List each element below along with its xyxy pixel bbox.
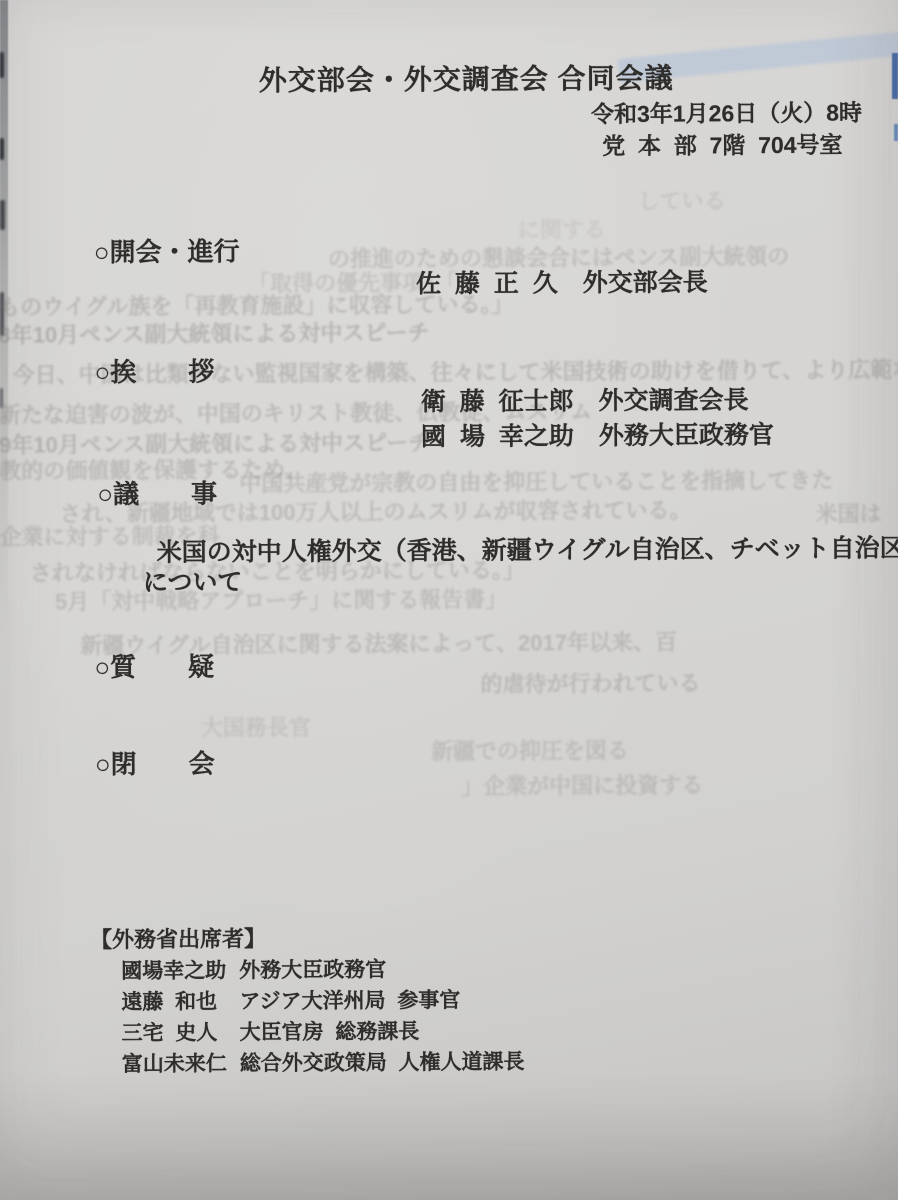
bleedthrough-text: 新疆での抑圧を図る <box>431 734 629 766</box>
bleedthrough-text: している <box>637 184 725 216</box>
bleedthrough-text: 」企業が中国に投資する <box>461 768 703 800</box>
agenda-greetings-person-1: 衛 藤 征士郎 外交調査会長 <box>421 380 749 418</box>
bleedthrough-text: 8年10月ペンス副大統領による対中スピーチ <box>0 316 430 350</box>
proceedings-topic-line1: 米国の対中人権外交（香港、新疆ウイグル自治区、チベット自治区） <box>157 528 898 569</box>
agenda-opening-person: 佐 藤 正 久 外交部会長 <box>416 262 708 300</box>
meeting-location: 党 本 部 7階 704号室 <box>602 127 842 161</box>
attendee-name: 三宅 史人 <box>122 1016 218 1047</box>
agenda-item-opening: ○開会・進行 <box>94 231 240 269</box>
proceedings-topic-line2: について <box>143 562 243 599</box>
agenda-item-questions: ○質 疑 <box>94 646 214 684</box>
bleedthrough-text: 5月「対中戦略アプローチ」に関する報告書」 <box>55 583 507 617</box>
meeting-datetime: 令和3年1月26日（火）8時 <box>591 94 862 129</box>
bleedthrough-text: 大国務長官 <box>201 711 311 743</box>
bleedthrough-text: に関する <box>518 213 606 245</box>
attendee-name: 遠藤 和也 <box>121 985 217 1016</box>
agenda-greetings-person-2: 國 場 幸之助 外務大臣政務官 <box>421 415 774 453</box>
document-page: している に関する の推進のための懇談会合にはペンス副大統領の 「取得の優先事項… <box>0 0 898 1200</box>
agenda-item-greetings: ○挨 拶 <box>94 351 214 389</box>
attendee-role: 大臣官房 総務課長 <box>240 1015 420 1046</box>
agenda-item-closing: ○閉 会 <box>95 743 215 781</box>
attendee-role: 外務大臣政務官 <box>239 953 386 984</box>
agenda-item-proceedings: ○議 事 <box>97 473 217 511</box>
attendees-heading: 【外務省出席者】 <box>90 922 266 954</box>
bleedthrough-text: 米国は <box>815 497 881 528</box>
document-photo: している に関する の推進のための懇談会合にはペンス副大統領の 「取得の優先事項… <box>0 0 898 1200</box>
attendee-name: 國場幸之助 <box>121 954 226 985</box>
meeting-title: 外交部会・外交調査会 合同会議 <box>259 57 674 100</box>
bleedthrough-text: 的虐待が行われている <box>480 666 700 698</box>
bleedthrough-text: 中国共産党が宗教の自由を抑圧していることを指摘してきた <box>239 464 833 499</box>
photo-bottom-shadow <box>0 1070 898 1200</box>
attendee-role: アジア大洋州局 参事官 <box>239 984 460 1015</box>
